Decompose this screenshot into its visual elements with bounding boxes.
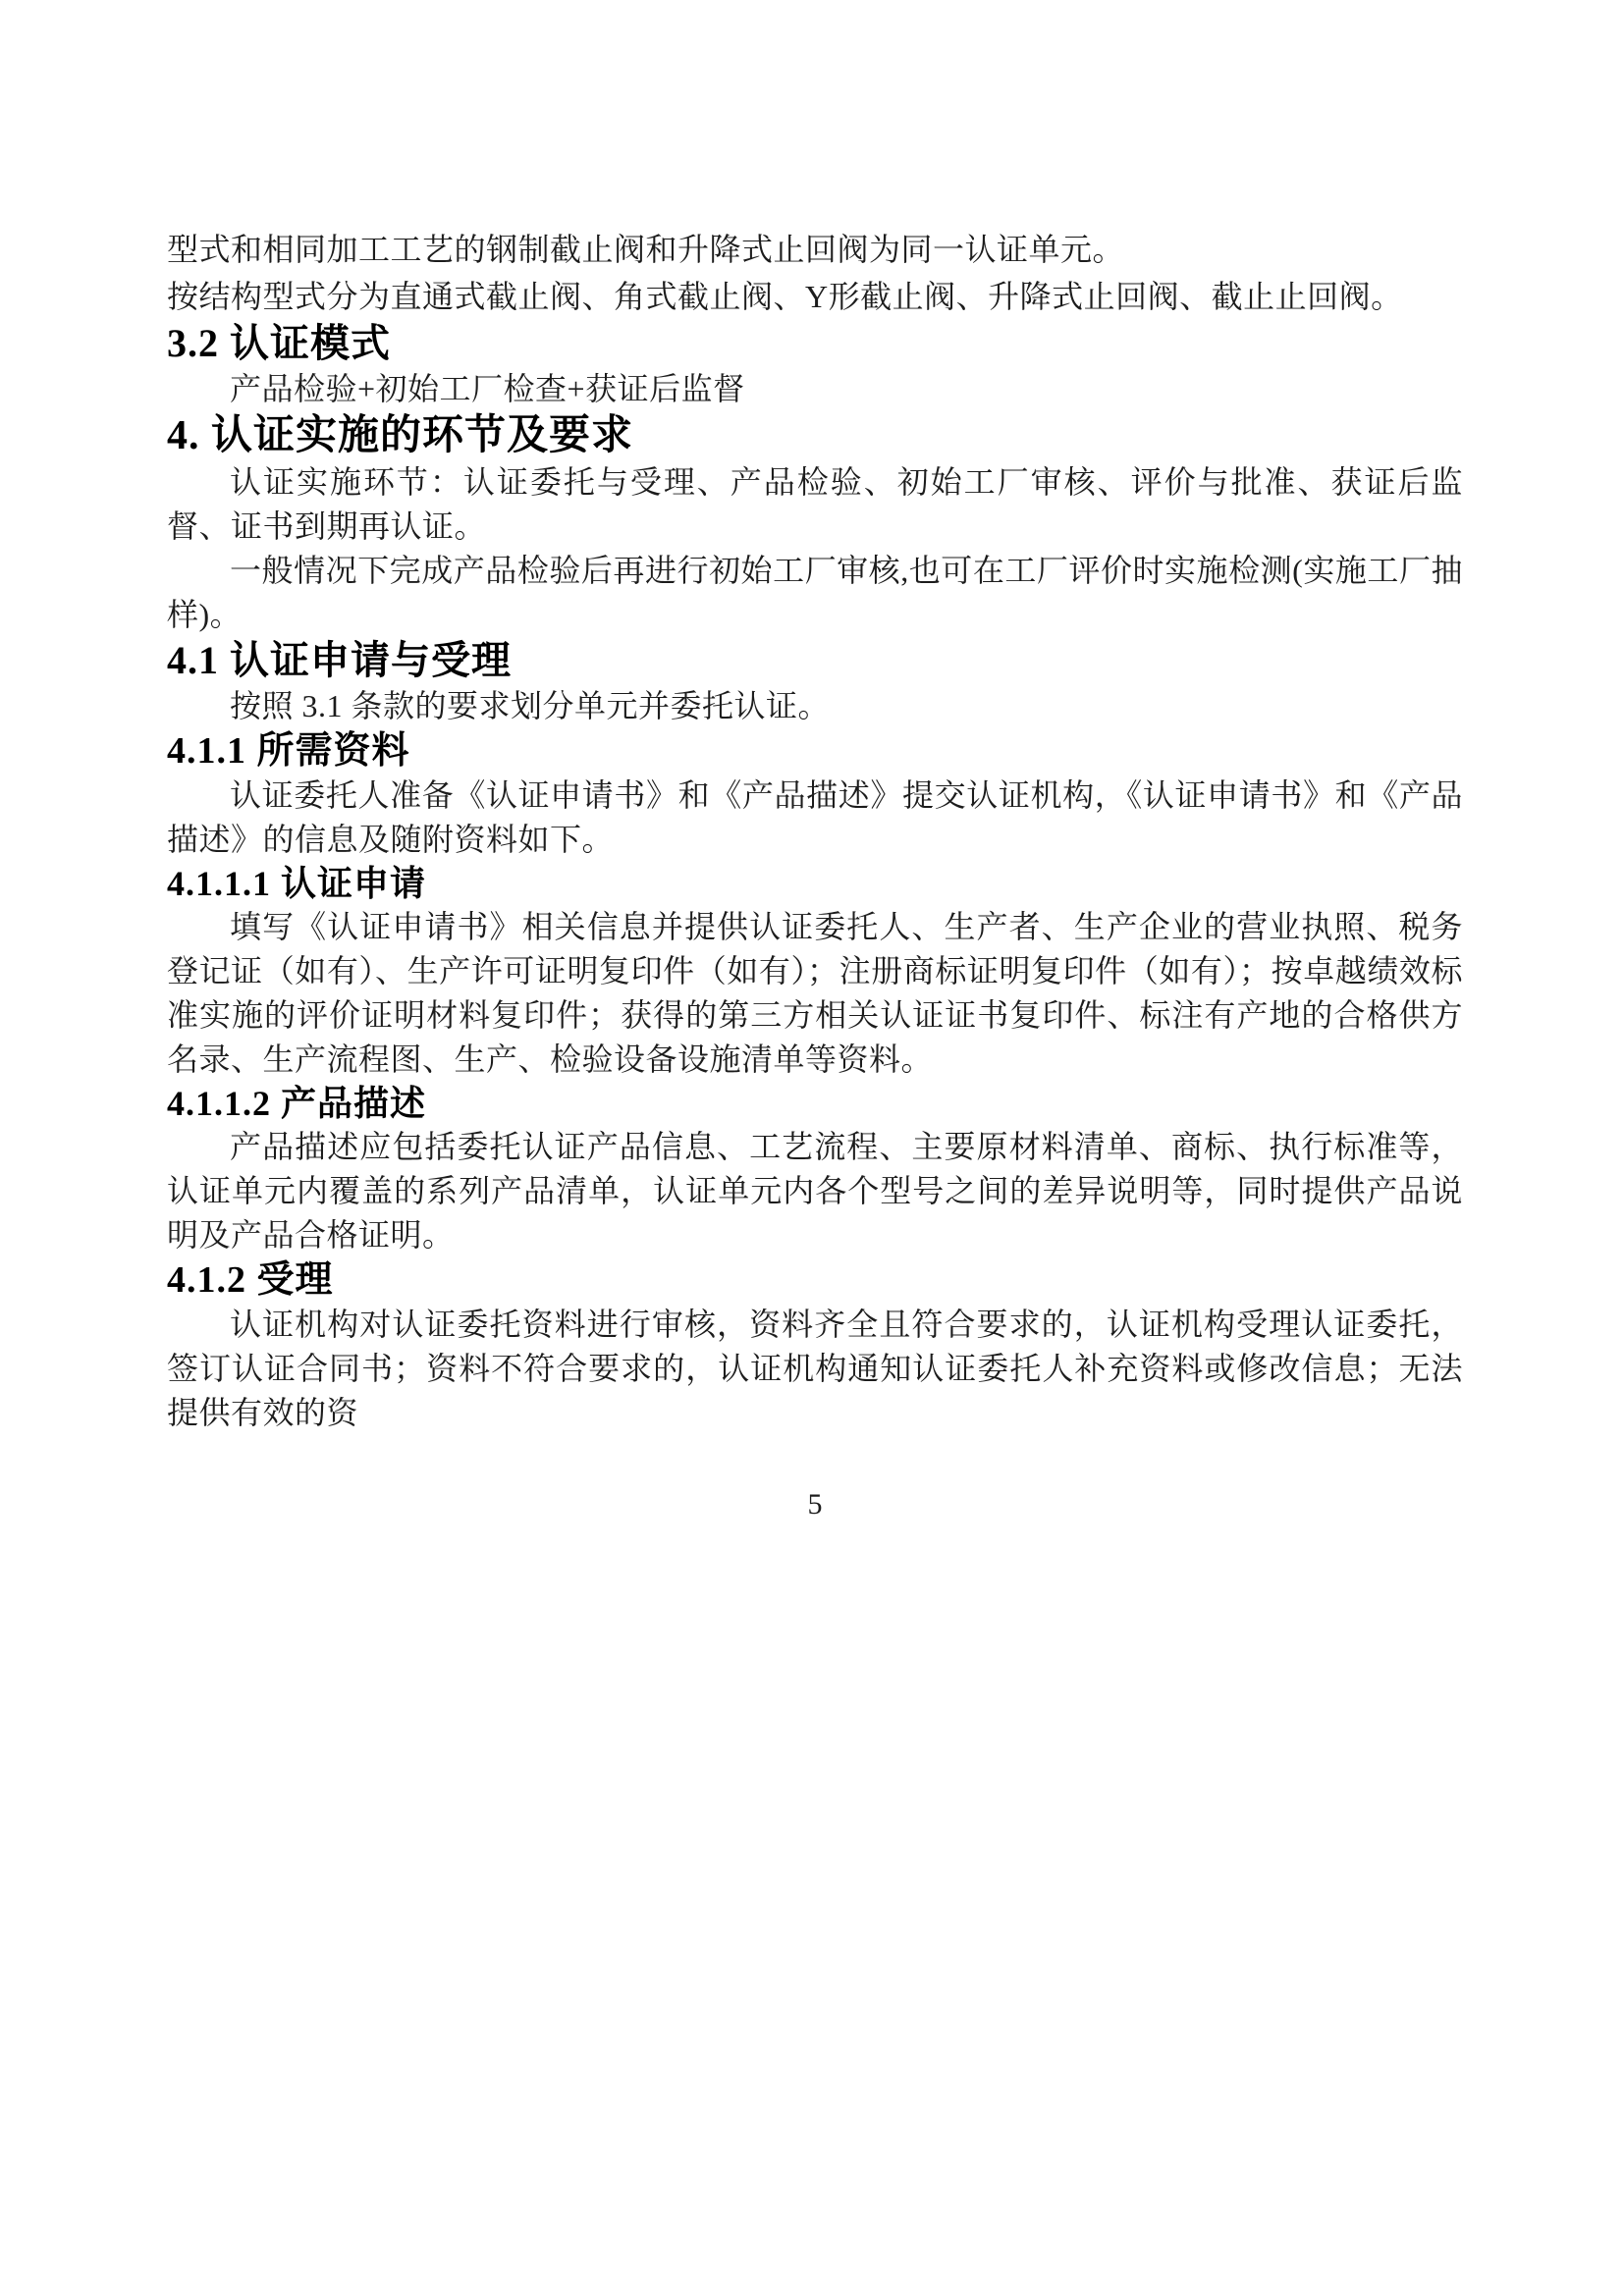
paragraph-unit-definition: 型式和相同加工工艺的钢制截止阀和升降式止回阀为同一认证单元。 bbox=[167, 226, 1463, 273]
paragraph-required-materials: 认证委托人准备《认证申请书》和《产品描述》提交认证机构，《认证申请书》和《产品描… bbox=[167, 774, 1463, 862]
page-number: 5 bbox=[167, 1482, 1463, 1526]
paragraph-implementation-steps: 认证实施环节：认证委托与受理、产品检验、初始工厂审核、评价与批准、获证后监督、证… bbox=[167, 460, 1463, 549]
paragraph-product-description: 产品描述应包括委托认证产品信息、工艺流程、主要原材料清单、商标、执行标准等，认证… bbox=[167, 1125, 1463, 1257]
heading-4-1-1-2-product-description: 4.1.1.2 产品描述 bbox=[167, 1082, 1463, 1125]
paragraph-unit-division: 按照 3.1 条款的要求划分单元并委托认证。 bbox=[167, 684, 1463, 728]
heading-4-1-application-acceptance: 4.1 认证申请与受理 bbox=[167, 637, 1463, 684]
paragraph-certification-mode: 产品检验+初始工厂检查+获证后监督 bbox=[167, 367, 1463, 411]
document-content: 型式和相同加工工艺的钢制截止阀和升降式止回阀为同一认证单元。 按结构型式分为直通… bbox=[167, 0, 1463, 1526]
heading-3-2-certification-mode: 3.2 认证模式 bbox=[167, 320, 1463, 367]
paragraph-acceptance-review: 认证机构对认证委托资料进行审核，资料齐全且符合要求的，认证机构受理认证委托，签订… bbox=[167, 1303, 1463, 1435]
heading-4-1-1-required-materials: 4.1.1 所需资料 bbox=[167, 728, 1463, 774]
heading-4-1-2-acceptance: 4.1.2 受理 bbox=[167, 1257, 1463, 1303]
document-page: 型式和相同加工工艺的钢制截止阀和升降式止回阀为同一认证单元。 按结构型式分为直通… bbox=[0, 0, 1624, 2296]
heading-4-implementation-requirements: 4. 认证实施的环节及要求 bbox=[167, 411, 1463, 460]
paragraph-application-details: 填写《认证申请书》相关信息并提供认证委托人、生产者、生产企业的营业执照、税务登记… bbox=[167, 905, 1463, 1082]
paragraph-structure-types: 按结构型式分为直通式截止阀、角式截止阀、Y形截止阀、升降式止回阀、截止止回阀。 bbox=[167, 273, 1463, 320]
paragraph-implementation-note: 一般情况下完成产品检验后再进行初始工厂审核,也可在工厂评价时实施检测(实施工厂抽… bbox=[167, 549, 1463, 637]
heading-4-1-1-1-certification-application: 4.1.1.1 认证申请 bbox=[167, 862, 1463, 905]
